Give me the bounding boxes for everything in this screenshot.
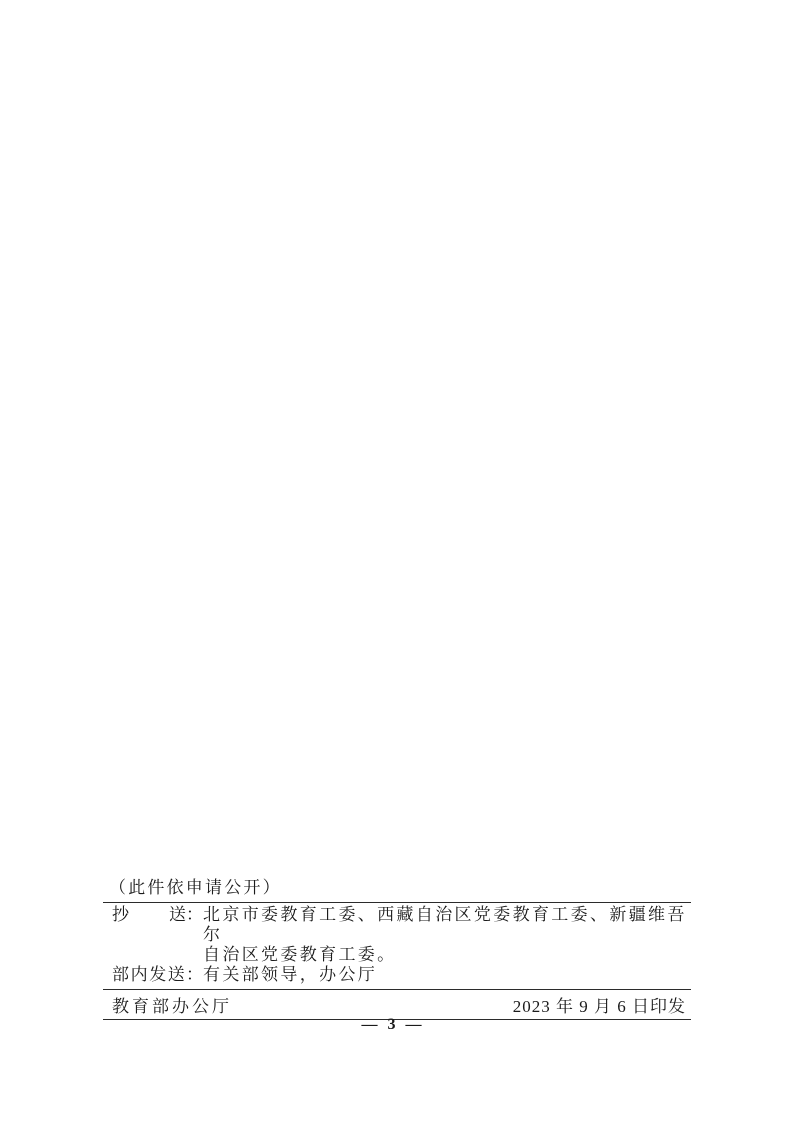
document-page: （此件依申请公开） 抄 送 ： 北京市委教育工委、西藏自治区党委教育工委、新疆维…	[0, 0, 793, 1122]
cc-row: 抄 送 ： 北京市委教育工委、西藏自治区党委教育工委、新疆维吾尔 自治区党委教育…	[103, 905, 691, 965]
issue-row: 教育部办公厅 2023 年 9 月 6 日印发	[103, 990, 691, 1019]
internal-send-label: 部内发送 ：	[103, 965, 203, 985]
cc-label: 抄 送 ：	[103, 905, 203, 925]
issuer-name: 教育部办公厅	[112, 992, 232, 1017]
cc-label-char-second: 送	[169, 905, 186, 925]
distribution-table: 抄 送 ： 北京市委教育工委、西藏自治区党委教育工委、新疆维吾尔 自治区党委教育…	[103, 902, 691, 1020]
page-number: — 3 —	[0, 1016, 786, 1034]
print-date: 2023 年 9 月 6 日印发	[513, 992, 686, 1017]
internal-send-label-colon: ：	[186, 965, 203, 985]
internal-send-content: 有关部领导，办公厅	[203, 965, 691, 985]
distribution-section: 抄 送 ： 北京市委教育工委、西藏自治区党委教育工委、新疆维吾尔 自治区党委教育…	[103, 903, 691, 990]
cc-content: 北京市委教育工委、西藏自治区党委教育工委、新疆维吾尔 自治区党委教育工委。	[203, 905, 691, 965]
cc-label-justified: 抄 送	[112, 905, 186, 925]
disclosure-note: （此件依申请公开）	[109, 873, 282, 898]
cc-label-colon: ：	[186, 905, 203, 925]
internal-send-label-text: 部内发送	[112, 965, 186, 985]
cc-label-char-first: 抄	[112, 905, 129, 925]
internal-send-row: 部内发送 ： 有关部领导，办公厅	[103, 965, 691, 985]
